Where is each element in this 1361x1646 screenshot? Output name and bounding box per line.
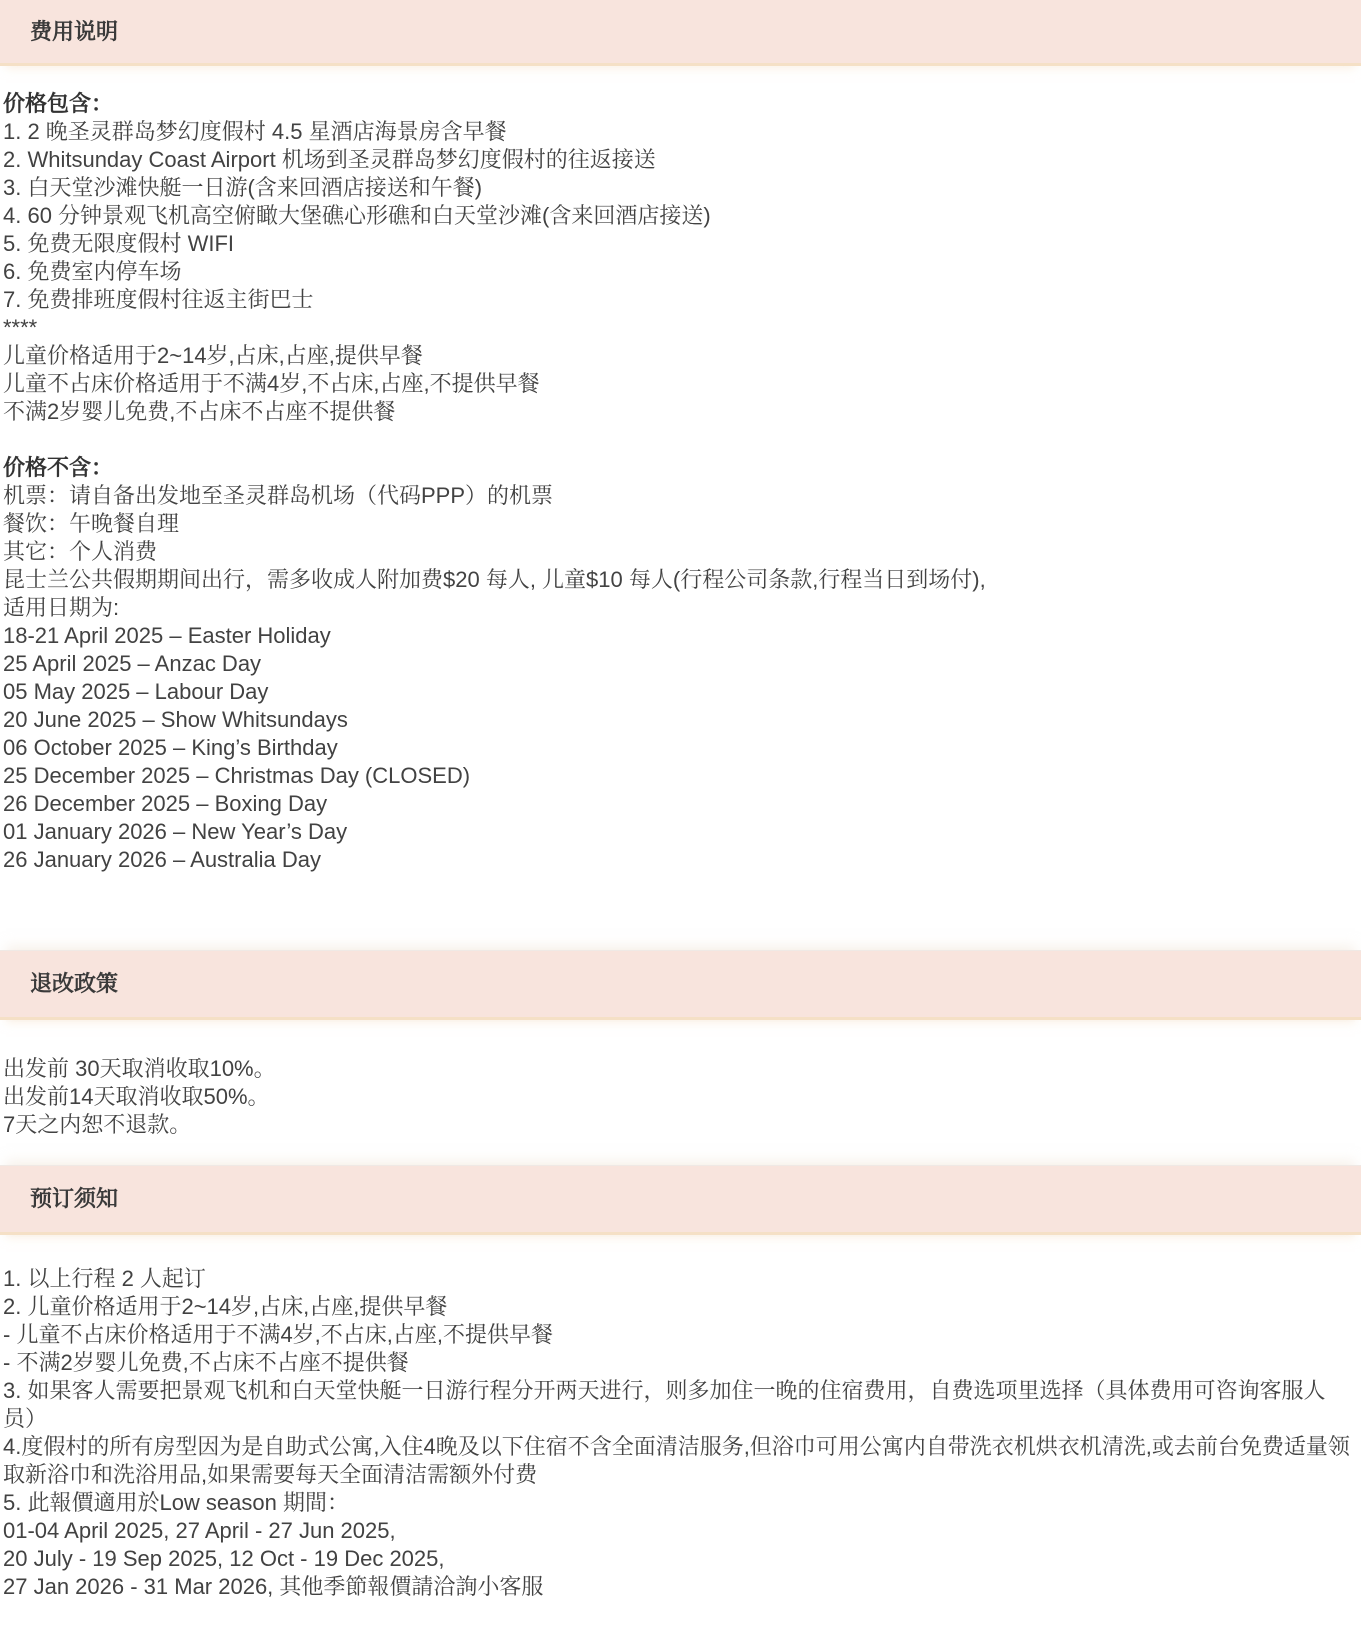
text-line: 儿童不占床价格适用于不满4岁,不占床,占座,不提供早餐 bbox=[3, 370, 1355, 398]
text-line: 适用日期为: bbox=[3, 594, 1355, 622]
text-line: - 儿童不占床价格适用于不满4岁,不占床,占座,不提供早餐 bbox=[3, 1321, 1355, 1349]
holiday-date-line: 25 April 2025 – Anzac Day bbox=[3, 650, 1355, 678]
includes-list: 1. 2 晚圣灵群岛梦幻度假村 4.5 星酒店海景房含早餐2. Whitsund… bbox=[3, 118, 1355, 426]
holiday-date-line: 26 December 2025 – Boxing Day bbox=[3, 790, 1355, 818]
section-fees: 费用说明 价格包含： 1. 2 晚圣灵群岛梦幻度假村 4.5 星酒店海景房含早餐… bbox=[0, 0, 1361, 950]
section-cancellation: 退改政策 出发前 30天取消收取10%。出发前14天取消收取50%。7天之内恕不… bbox=[0, 950, 1361, 1165]
text-line: 2. 儿童价格适用于2~14岁,占床,占座,提供早餐 bbox=[3, 1293, 1355, 1321]
section-header-fees: 费用说明 bbox=[0, 0, 1361, 66]
cancellation-content: 出发前 30天取消收取10%。出发前14天取消收取50%。7天之内恕不退款。 bbox=[0, 1020, 1361, 1165]
text-line: 1. 2 晚圣灵群岛梦幻度假村 4.5 星酒店海景房含早餐 bbox=[3, 118, 1355, 146]
text-line: 昆士兰公共假期期间出行，需多收成人附加费$20 每人, 儿童$10 每人(行程公… bbox=[3, 566, 1355, 594]
text-line: 机票：请自备出发地至圣灵群岛机场（代码PPP）的机票 bbox=[3, 482, 1355, 510]
text-line: 7天之内恕不退款。 bbox=[3, 1111, 1355, 1139]
text-line: 儿童价格适用于2~14岁,占床,占座,提供早餐 bbox=[3, 342, 1355, 370]
holiday-date-line: 25 December 2025 – Christmas Day (CLOSED… bbox=[3, 762, 1355, 790]
text-line: - 不满2岁婴儿免费,不占床不占座不提供餐 bbox=[3, 1349, 1355, 1377]
text-line: 5. 免费无限度假村 WIFI bbox=[3, 230, 1355, 258]
holiday-dates-list: 18-21 April 2025 – Easter Holiday25 Apri… bbox=[3, 622, 1355, 874]
excludes-heading: 价格不含： bbox=[3, 454, 1355, 482]
blank-line bbox=[3, 426, 1355, 454]
section-header-booking: 预订须知 bbox=[0, 1165, 1361, 1235]
holiday-date-line: 18-21 April 2025 – Easter Holiday bbox=[3, 622, 1355, 650]
text-line: 不满2岁婴儿免费,不占床不占座不提供餐 bbox=[3, 398, 1355, 426]
booking-content: 1. 以上行程 2 人起订2. 儿童价格适用于2~14岁,占床,占座,提供早餐-… bbox=[0, 1235, 1361, 1601]
includes-heading: 价格包含： bbox=[3, 90, 1355, 118]
holiday-date-line: 01 January 2026 – New Year’s Day bbox=[3, 818, 1355, 846]
text-line: 4. 60 分钟景观飞机高空俯瞰大堡礁心形礁和白天堂沙滩(含来回酒店接送) bbox=[3, 202, 1355, 230]
section-header-cancellation: 退改政策 bbox=[0, 950, 1361, 1020]
text-line: 2. Whitsunday Coast Airport 机场到圣灵群岛梦幻度假村… bbox=[3, 146, 1355, 174]
holiday-date-line: 05 May 2025 – Labour Day bbox=[3, 678, 1355, 706]
text-line: 餐饮：午晚餐自理 bbox=[3, 510, 1355, 538]
text-line: 出发前 30天取消收取10%。 bbox=[3, 1055, 1355, 1083]
text-line: 6. 免费室内停车场 bbox=[3, 258, 1355, 286]
excludes-list: 机票：请自备出发地至圣灵群岛机场（代码PPP）的机票餐饮：午晚餐自理其它：个人消… bbox=[3, 482, 1355, 622]
holiday-date-line: 06 October 2025 – King’s Birthday bbox=[3, 734, 1355, 762]
text-line: 3. 白天堂沙滩快艇一日游(含来回酒店接送和午餐) bbox=[3, 174, 1355, 202]
text-line: 3. 如果客人需要把景观飞机和白天堂快艇一日游行程分开两天进行，则多加住一晚的住… bbox=[3, 1377, 1355, 1433]
text-line: 20 July - 19 Sep 2025, 12 Oct - 19 Dec 2… bbox=[3, 1545, 1355, 1573]
cancellation-lines: 出发前 30天取消收取10%。出发前14天取消收取50%。7天之内恕不退款。 bbox=[3, 1055, 1355, 1139]
text-line: 其它：个人消费 bbox=[3, 538, 1355, 566]
holiday-date-line: 26 January 2026 – Australia Day bbox=[3, 846, 1355, 874]
section-booking: 预订须知 1. 以上行程 2 人起订2. 儿童价格适用于2~14岁,占床,占座,… bbox=[0, 1165, 1361, 1601]
section-title-booking: 预订须知 bbox=[30, 1185, 118, 1213]
text-line: 5. 此報價適用於Low season 期間： bbox=[3, 1489, 1355, 1517]
text-line: 4.度假村的所有房型因为是自助式公寓,入住4晚及以下住宿不含全面清洁服务,但浴巾… bbox=[3, 1433, 1355, 1489]
text-line: 01-04 April 2025, 27 April - 27 Jun 2025… bbox=[3, 1517, 1355, 1545]
text-line: **** bbox=[3, 314, 1355, 342]
booking-lines: 1. 以上行程 2 人起订2. 儿童价格适用于2~14岁,占床,占座,提供早餐-… bbox=[3, 1265, 1355, 1601]
holiday-date-line: 20 June 2025 – Show Whitsundays bbox=[3, 706, 1355, 734]
text-line: 27 Jan 2026 - 31 Mar 2026, 其他季節報價請洽詢小客服 bbox=[3, 1573, 1355, 1601]
text-line: 1. 以上行程 2 人起订 bbox=[3, 1265, 1355, 1293]
fees-content: 价格包含： 1. 2 晚圣灵群岛梦幻度假村 4.5 星酒店海景房含早餐2. Wh… bbox=[0, 66, 1361, 950]
section-title-fees: 费用说明 bbox=[30, 18, 118, 46]
text-line: 出发前14天取消收取50%。 bbox=[3, 1083, 1355, 1111]
text-line: 7. 免费排班度假村往返主街巴士 bbox=[3, 286, 1355, 314]
section-title-cancellation: 退改政策 bbox=[30, 970, 118, 998]
